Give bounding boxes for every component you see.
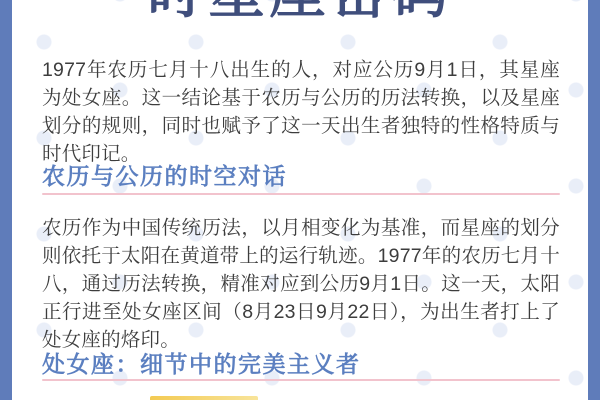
article-card: 时星座密码 1977年农历七月十八出生的人，对应公历9月1日，其星座为处女座。这… [12, 0, 588, 400]
left-border-decoration [0, 0, 12, 400]
section-heading-virgo: 处女座：细节中的完美主义者 [42, 346, 361, 379]
section-divider [42, 193, 560, 195]
section-heading-calendar-dialogue: 农历与公历的时空对话 [42, 158, 287, 191]
highlight-marker [150, 396, 258, 400]
section-divider [42, 379, 560, 381]
intro-paragraph: 1977年农历七月十八出生的人，对应公历9月1日，其星座为处女座。这一结论基于农… [42, 56, 560, 168]
section-body-calendar-dialogue: 农历作为中国传统历法，以月相变化为基准，而星座的划分则依托于太阳在黄道带上的运行… [42, 214, 560, 354]
page-title: 时星座密码 [12, 0, 588, 21]
right-border-decoration [588, 0, 600, 400]
